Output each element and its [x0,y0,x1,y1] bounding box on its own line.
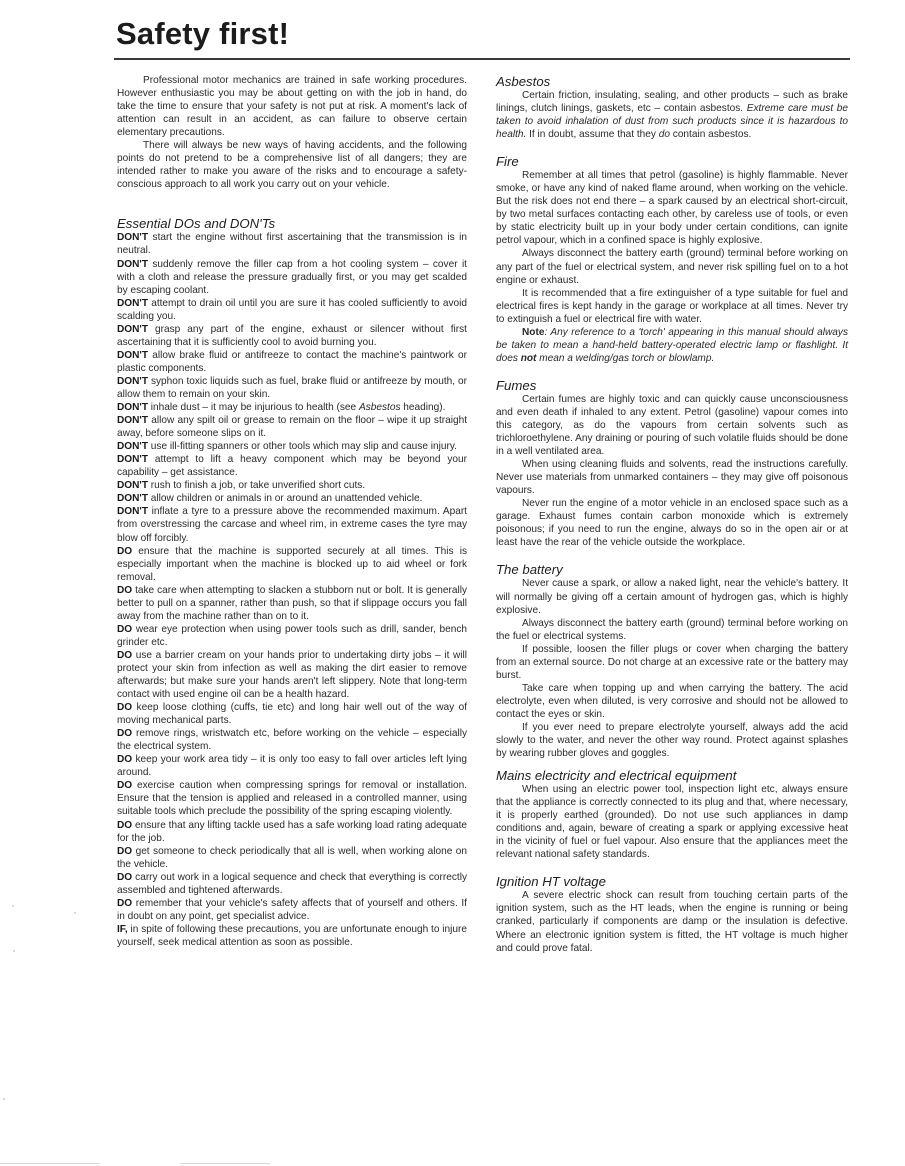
fire-section: Fire Remember at all times that petrol (… [496,154,848,365]
list-item: DON'T grasp any part of the engine, exha… [117,323,467,349]
ignition-paragraph: A severe electric shock can result from … [496,889,848,954]
list-item: DON'T attempt to drain oil until you are… [117,297,467,323]
section-heading-mains: Mains electricity and electrical equipme… [496,768,848,783]
list-item: DON'T allow children or animals in or ar… [117,492,467,505]
list-item: DON'T inflate a tyre to a pressure above… [117,505,467,544]
battery-paragraph: If possible, loosen the filler plugs or … [496,643,848,682]
fumes-paragraph: Never run the engine of a motor vehicle … [496,497,848,549]
battery-paragraph: Take care when topping up and when carry… [496,682,848,721]
mains-paragraph: When using an electric power tool, inspe… [496,783,848,861]
battery-paragraph: If you ever need to prepare electrolyte … [496,721,848,760]
list-item: DON'T use ill-fitting spanners or other … [117,440,467,453]
fire-note: Note: Any reference to a 'torch' appeari… [496,326,848,365]
scan-speck [13,950,15,952]
intro-paragraph: Professional motor mechanics are trained… [117,74,467,139]
section-heading-ignition: Ignition HT voltage [496,874,848,889]
list-item: DO keep loose clothing (cuffs, tie etc) … [117,701,467,727]
battery-section: The battery Never cause a spark, or allo… [496,562,848,760]
list-item: IF, in spite of following these precauti… [117,923,467,949]
scan-speck [74,912,76,914]
list-item: DON'T inhale dust – it may be injurious … [117,401,467,414]
right-column: Asbestos Certain friction, insulating, s… [496,74,848,955]
section-heading-dos-donts: Essential DOs and DON'Ts [117,216,467,231]
list-item: DO keep your work area tidy – it is only… [117,753,467,779]
list-item: DO remember that your vehicle's safety a… [117,897,467,923]
list-item: DO carry out work in a logical sequence … [117,871,467,897]
section-heading-battery: The battery [496,562,848,577]
asbestos-paragraph: Certain friction, insulating, sealing, a… [496,89,848,141]
intro-section: Professional motor mechanics are trained… [117,74,467,191]
list-item: DON'T allow any spilt oil or grease to r… [117,414,467,440]
spacer [496,141,848,154]
fumes-paragraph: When using cleaning fluids and solvents,… [496,458,848,497]
dos-donts-list: DON'T start the engine without first asc… [117,231,467,949]
list-item: DO exercise caution when compressing spr… [117,779,467,818]
list-item: DON'T start the engine without first asc… [117,231,467,257]
list-item: DON'T attempt to lift a heavy component … [117,453,467,479]
list-item: DON'T syphon toxic liquids such as fuel,… [117,375,467,401]
intro-paragraph: There will always be new ways of having … [117,139,467,191]
scan-edge-mark [0,1163,100,1164]
list-item: DO take care when attempting to slacken … [117,584,467,623]
list-item: DO ensure that the machine is supported … [117,545,467,584]
fumes-paragraph: Certain fumes are highly toxic and can q… [496,393,848,458]
ignition-section: Ignition HT voltage A severe electric sh… [496,874,848,954]
battery-paragraph: Always disconnect the battery earth (gro… [496,617,848,643]
section-heading-fire: Fire [496,154,848,169]
list-item: DON'T allow brake fluid or antifreeze to… [117,349,467,375]
left-column: Professional motor mechanics are trained… [117,74,467,949]
list-item: DON'T rush to finish a job, or take unve… [117,479,467,492]
spacer [496,365,848,378]
list-item: DO wear eye protection when using power … [117,623,467,649]
battery-paragraph: Never cause a spark, or allow a naked li… [496,577,848,616]
fire-paragraph: It is recommended that a fire extinguish… [496,287,848,326]
spacer [117,191,467,216]
asbestos-section: Asbestos Certain friction, insulating, s… [496,74,848,141]
section-heading-asbestos: Asbestos [496,74,848,89]
dos-donts-section: Essential DOs and DON'Ts DON'T start the… [117,216,467,949]
section-heading-fumes: Fumes [496,378,848,393]
list-item: DON'T suddenly remove the filler cap fro… [117,258,467,297]
list-item: DO remove rings, wristwatch etc, before … [117,727,467,753]
scan-edge-mark [180,1163,270,1164]
spacer [496,760,848,768]
scan-speck [12,905,14,907]
fumes-section: Fumes Certain fumes are highly toxic and… [496,378,848,550]
page-title: Safety first! [116,14,289,54]
title-rule [114,58,850,60]
fire-paragraph: Always disconnect the battery earth (gro… [496,247,848,286]
fire-paragraph: Remember at all times that petrol (gasol… [496,169,848,247]
scan-speck [3,1098,5,1100]
mains-section: Mains electricity and electrical equipme… [496,768,848,861]
list-item: DO use a barrier cream on your hands pri… [117,649,467,701]
list-item: DO get someone to check periodically tha… [117,845,467,871]
spacer [496,549,848,562]
list-item: DO ensure that any lifting tackle used h… [117,819,467,845]
spacer [496,861,848,874]
